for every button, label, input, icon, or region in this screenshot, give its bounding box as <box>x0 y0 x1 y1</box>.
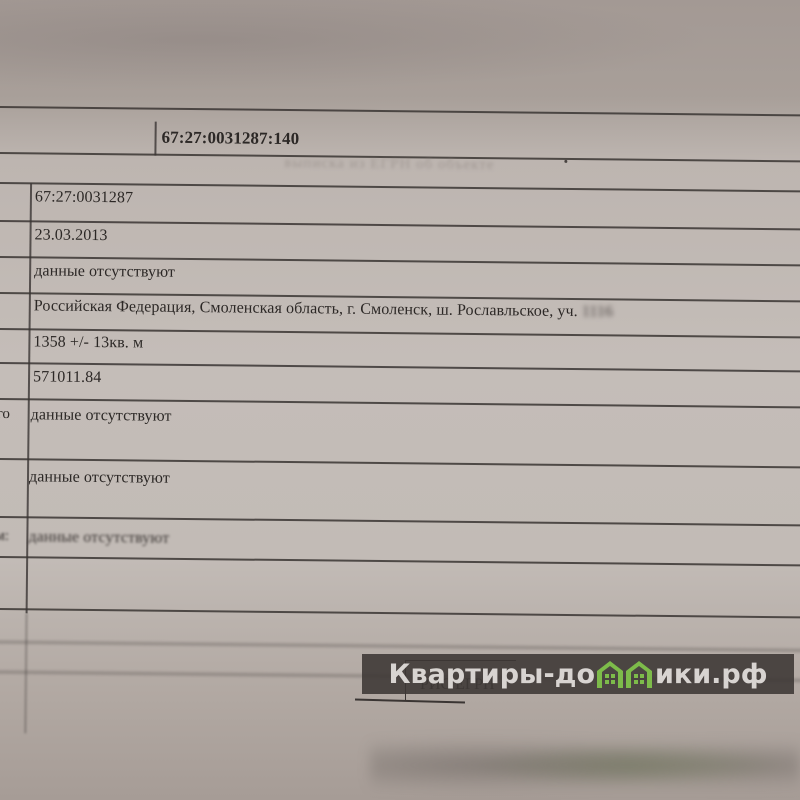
row-label-fragment: м: <box>0 528 9 545</box>
background-shadow <box>0 0 800 100</box>
ghost-header-text: выписка из ЕГРН об объекте <box>284 155 494 174</box>
document-page: 67:27:0031287:140 выписка из ЕГРН об объ… <box>0 96 800 724</box>
area: 1358 +/- 13кв. м <box>33 333 143 352</box>
cadastral-value: 571011.84 <box>33 368 101 387</box>
house-icon <box>596 659 654 689</box>
redacted-plot-number: 1116 <box>582 303 613 321</box>
watermark-banner: Квартиры-до ики.рф <box>362 654 794 694</box>
watermark-text-start: Квартиры-до <box>388 659 595 690</box>
table-border <box>0 362 800 373</box>
table-border <box>0 516 800 527</box>
row-label-fragment: го <box>0 406 10 423</box>
row-value: данные отсутствуют <box>28 528 169 547</box>
registration-date: 23.03.2013 <box>34 226 107 245</box>
cadastral-number-header: 67:27:0031287:140 <box>161 128 299 149</box>
parent-cadastral-number: 67:27:0031287 <box>35 188 133 207</box>
address: Российская Федерация, Смоленская область… <box>34 297 614 321</box>
table-border <box>0 220 800 231</box>
table-border <box>0 608 800 619</box>
table-border <box>154 122 156 156</box>
watermark-text-end: ики.рф <box>655 659 768 690</box>
row-value: данные отсутствуют <box>31 406 172 425</box>
table-border <box>0 458 800 469</box>
row-value: данные отсутствуют <box>29 468 170 487</box>
table-border <box>0 556 800 567</box>
row-value: данные отсутствуют <box>34 262 175 281</box>
speck <box>564 160 567 163</box>
table-border <box>0 106 800 117</box>
table-border <box>0 641 800 652</box>
address-text: Российская Федерация, Смоленская область… <box>34 297 578 320</box>
blurred-object <box>370 730 800 800</box>
